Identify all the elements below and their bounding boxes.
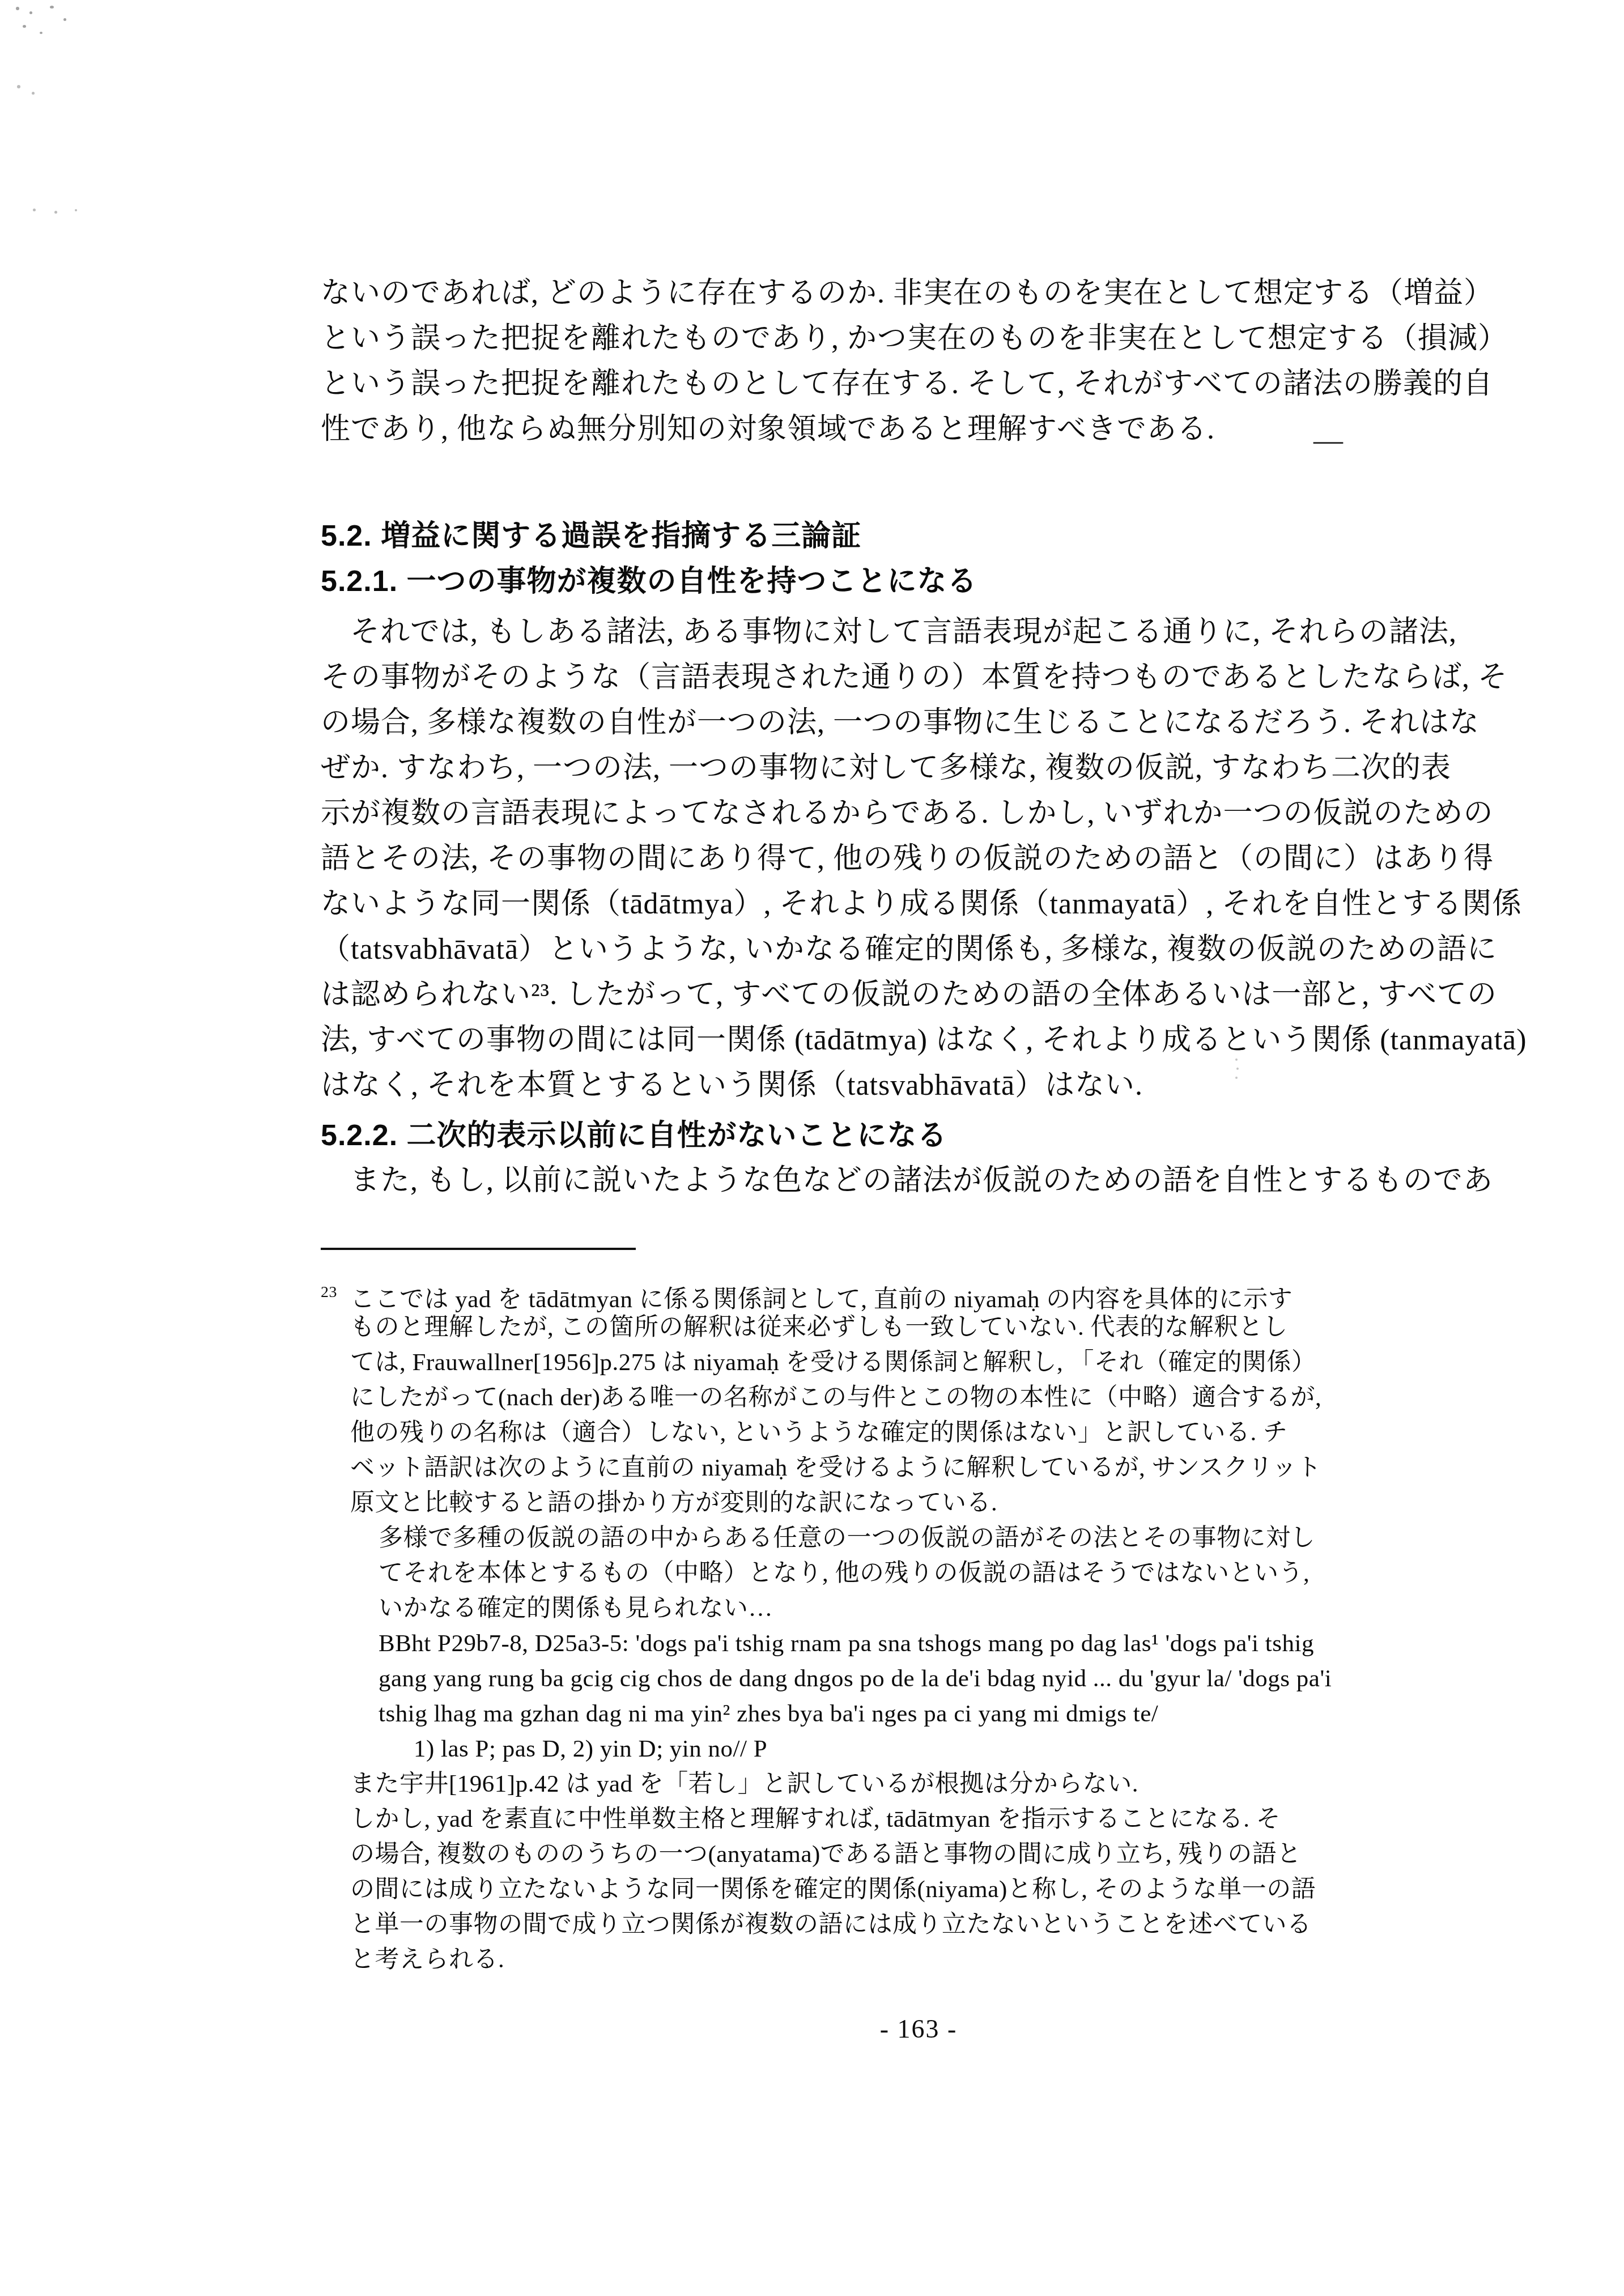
text-line: その事物がそのような（言語表現された通りの）本質を持つものであるとしたならば, … bbox=[321, 655, 1516, 700]
scan-noise bbox=[23, 25, 26, 28]
scan-noise bbox=[75, 209, 77, 211]
footnote-apparatus-line: 1) las P; pas D, 2) yin D; yin no// P bbox=[350, 1732, 1516, 1767]
footnote-line: ベット語訳は次のように直前の niyamaḥ を受けるように解釈しているが, サ… bbox=[350, 1451, 1516, 1486]
text-line: 性であり, 他ならぬ無分別知の対象領域であると理解すべきである. bbox=[321, 407, 1516, 452]
text-line: 示が複数の言語表現によってなされるからである. しかし, いずれか一つの仮説のた… bbox=[321, 791, 1516, 836]
footnote-line: と単一の事物の間で成り立つ関係が複数の語には成り立たないということを述べている bbox=[350, 1907, 1516, 1942]
section-heading-5-2-1: 5.2.1. 一つの事物が複数の自性を持つことになる bbox=[321, 559, 1516, 604]
text-line: の場合, 多様な複数の自性が一つの法, 一つの事物に生じることになるだろう. そ… bbox=[321, 700, 1516, 746]
footnote-line: 他の残りの名称は（適合）しない, というような確定的関係はない」と訳している. … bbox=[350, 1415, 1516, 1451]
paragraph-continuation: ないのであれば, どのように存在するのか. 非実在のものを実在として想定する（増… bbox=[321, 271, 1516, 452]
text-line: ないのであれば, どのように存在するのか. 非実在のものを実在として想定する（増… bbox=[321, 271, 1516, 316]
text-line: （tatsvabhāvatā）というような, いかなる確定的関係も, 多様な, … bbox=[321, 927, 1516, 972]
scan-noise bbox=[32, 92, 35, 95]
footnote-citation-line: tshig lhag ma gzhan dag ni ma yin² zhes … bbox=[350, 1697, 1516, 1732]
page-number: - 163 - bbox=[321, 2014, 1516, 2044]
scan-noise bbox=[17, 85, 20, 88]
footnote-line: また宇井[1961]p.42 は yad を「若し」と訳しているが根拠は分からな… bbox=[350, 1767, 1516, 1802]
footnote-citation-line: gang yang rung ba gcig cig chos de dang … bbox=[350, 1661, 1516, 1697]
footnote-separator bbox=[321, 1248, 636, 1250]
text-line: また, もし, 以前に説いたような色などの諸法が仮説のための語を自性とするもので… bbox=[321, 1158, 1516, 1204]
text-line: ないような同一関係（tādātmya）, それより成る関係（tanmayatā）… bbox=[321, 882, 1516, 927]
footnote-line: しかし, yad を素直に中性単数主格と理解すれば, tādātmyan を指示… bbox=[350, 1802, 1516, 1837]
scan-noise bbox=[16, 7, 19, 10]
footnote-line: の間には成り立たないような同一関係を確定的関係(niyama)と称し, そのよう… bbox=[350, 1872, 1516, 1907]
footnote-line: にしたがって(nach der)ある唯一の名称がこの与件とこの物の本性に（中略）… bbox=[350, 1380, 1516, 1415]
paragraph-5-2-2: また, もし, 以前に説いたような色などの諸法が仮説のための語を自性とするもので… bbox=[321, 1158, 1516, 1204]
paragraph-5-2-1: それでは, もしある諸法, ある事物に対して言語表現が起こる通りに, それらの諸… bbox=[321, 610, 1516, 1108]
footnote-citation-line: BBht P29b7-8, D25a3-5: 'dogs pa'i tshig … bbox=[350, 1626, 1516, 1661]
text-line: という誤った把捉を離れたものであり, かつ実在のものを非実在として想定する（損減… bbox=[321, 316, 1516, 362]
scan-noise bbox=[63, 18, 66, 21]
text-line: ぜか. すなわち, 一つの法, 一つの事物に対して多様な, 複数の仮説, すなわ… bbox=[321, 746, 1516, 791]
footnote-quote-line: てそれを本体とするもの（中略）となり, 他の残りの仮説の語はそうではないという, bbox=[350, 1556, 1516, 1591]
footnote-line: 23ここでは yad を tādātmyan に係る関係詞として, 直前の ni… bbox=[350, 1275, 1516, 1310]
footnote-line: ては, Frauwallner[1956]p.275 は niyamaḥ を受け… bbox=[350, 1345, 1516, 1380]
scan-noise bbox=[33, 209, 36, 211]
footnote-quote-line: いかなる確定的関係も見られない… bbox=[350, 1591, 1516, 1626]
scanned-page: — ないのであれば, どのように存在するのか. 非実在のものを実在として想定する… bbox=[0, 0, 1624, 2296]
text-line: 語とその法, その事物の間にあり得て, 他の残りの仮説のための語と（の間に）はあ… bbox=[321, 836, 1516, 882]
page-content: ないのであれば, どのように存在するのか. 非実在のものを実在として想定する（増… bbox=[321, 271, 1516, 2044]
text-line: という誤った把捉を離れたものとして存在する. そして, それがすべての諸法の勝義… bbox=[321, 362, 1516, 407]
scan-noise bbox=[50, 6, 54, 8]
section-heading-5-2-2: 5.2.2. 二次的表示以前に自性がないことになる bbox=[321, 1113, 1516, 1158]
footnote-line: の場合, 複数のもののうちの一つ(anyatama)である語と事物の間に成り立ち… bbox=[350, 1837, 1516, 1872]
footnote-quote-line: 多様で多種の仮説の語の中からある任意の一つの仮説の語がその法とその事物に対し bbox=[350, 1521, 1516, 1556]
text-line: 法, すべての事物の間には同一関係 (tādātmya) はなく, それより成る… bbox=[321, 1018, 1516, 1063]
scan-noise bbox=[54, 211, 57, 214]
section-heading-5-2: 5.2. 増益に関する過誤を指摘する三論証 bbox=[321, 513, 1516, 559]
footnote-line: と考えられる. bbox=[350, 1942, 1516, 1978]
text-line-with-footnote-ref: は認められない²³. したがって, すべての仮説のための語の全体あるいは一部と,… bbox=[321, 972, 1516, 1018]
text-line: それでは, もしある諸法, ある事物に対して言語表現が起こる通りに, それらの諸… bbox=[321, 610, 1516, 655]
footnote-23: 23ここでは yad を tādātmyan に係る関係詞として, 直前の ni… bbox=[321, 1275, 1516, 1978]
text-line: はなく, それを本質とするという関係（tatsvabhāvatā）はない. bbox=[321, 1063, 1516, 1108]
footnote-number: 23 bbox=[321, 1275, 341, 1310]
footnote-line: 原文と比較すると語の掛かり方が変則的な訳になっている. bbox=[350, 1486, 1516, 1521]
footnote-line: ものと理解したが, この箇所の解釈は従来必ずしも一致していない. 代表的な解釈と… bbox=[350, 1310, 1516, 1345]
scan-noise bbox=[40, 32, 42, 34]
footnote-text: ここでは yad を tādātmyan に係る関係詞として, 直前の niya… bbox=[350, 1286, 1293, 1313]
scan-noise bbox=[29, 11, 32, 14]
